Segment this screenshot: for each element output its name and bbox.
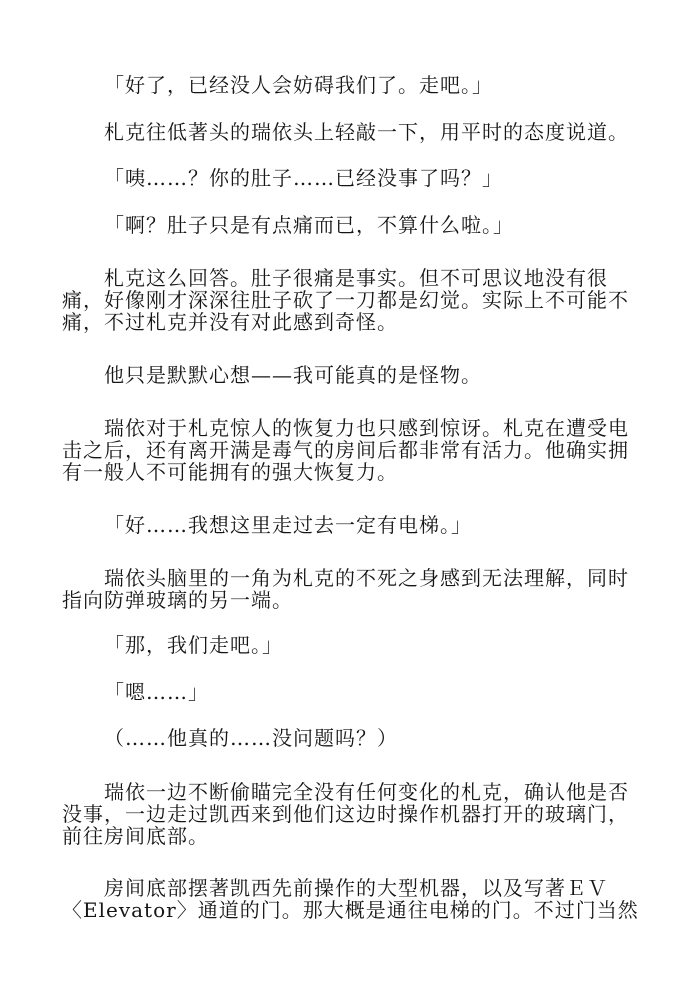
text-line: 瑞依头脑里的一角为札克的不死之身感到无法理解，同时 (62, 567, 662, 589)
text-line: 札克这么回答。肚子很痛是事实。但不可思议地没有很 (62, 267, 662, 289)
text-line: 前往房间底部。 (62, 825, 662, 847)
text-line: 〈Elevator〉通道的门。那大概是通往电梯的门。不过门当然 (62, 899, 662, 921)
text-line: 「嗯……」 (62, 681, 662, 703)
text-line: 痛，不过札克并没有对此感到奇怪。 (62, 311, 662, 333)
text-line: 他只是默默心想——我可能真的是怪物。 (62, 364, 662, 386)
narration-paragraph: 札克这么回答。肚子很痛是事实。但不可思议地没有很 痛，好像刚才深深往肚子砍了一刀… (62, 267, 662, 333)
thought-paragraph: （……他真的……没问题吗？） (62, 727, 662, 749)
text-line: 札克往低著头的瑞依头上轻敲一下，用平时的态度说道。 (62, 121, 662, 143)
text-line: （……他真的……没问题吗？） (62, 727, 662, 749)
text-line: 瑞依一边不断偷瞄完全没有任何变化的札克，确认他是否 (62, 781, 662, 803)
text-line: 瑞依对于札克惊人的恢复力也只感到惊讶。札克在遭受电 (62, 417, 662, 439)
text-line: 击之后，还有离开满是毒气的房间后都非常有活力。他确实拥 (62, 439, 662, 461)
narration-paragraph: 瑞依一边不断偷瞄完全没有任何变化的札克，确认他是否 没事，一边走过凯西来到他们这… (62, 781, 662, 847)
text-line: 痛，好像刚才深深往肚子砍了一刀都是幻觉。实际上不可能不 (62, 289, 662, 311)
text-line: 「咦……？你的肚子……已经没事了吗？」 (62, 167, 662, 189)
text-line: 「那，我们走吧。」 (62, 634, 662, 656)
dialogue-paragraph: 「咦……？你的肚子……已经没事了吗？」 (62, 167, 662, 189)
dialogue-paragraph: 「好……我想这里走过去一定有电梯。」 (62, 514, 662, 536)
dialogue-paragraph: 「那，我们走吧。」 (62, 634, 662, 656)
narration-paragraph: 他只是默默心想——我可能真的是怪物。 (62, 364, 662, 386)
text-line: 「好了，已经没人会妨碍我们了。走吧。」 (62, 74, 662, 96)
text-line: 指向防弹玻璃的另一端。 (62, 589, 662, 611)
text-line: 有一般人不可能拥有的强大恢复力。 (62, 461, 662, 483)
narration-paragraph: 瑞依头脑里的一角为札克的不死之身感到无法理解，同时 指向防弹玻璃的另一端。 (62, 567, 662, 611)
dialogue-paragraph: 「好了，已经没人会妨碍我们了。走吧。」 (62, 74, 662, 96)
text-line: 「啊？肚子只是有点痛而已，不算什么啦。」 (62, 214, 662, 236)
dialogue-paragraph: 「嗯……」 (62, 681, 662, 703)
text-line: 「好……我想这里走过去一定有电梯。」 (62, 514, 662, 536)
text-line: 没事，一边走过凯西来到他们这边时操作机器打开的玻璃门， (62, 803, 662, 825)
book-page: 「好了，已经没人会妨碍我们了。走吧。」 札克往低著头的瑞依头上轻敲一下，用平时的… (0, 0, 700, 992)
dialogue-paragraph: 「啊？肚子只是有点痛而已，不算什么啦。」 (62, 214, 662, 236)
narration-paragraph: 瑞依对于札克惊人的恢复力也只感到惊讶。札克在遭受电 击之后，还有离开满是毒气的房… (62, 417, 662, 483)
narration-paragraph: 札克往低著头的瑞依头上轻敲一下，用平时的态度说道。 (62, 121, 662, 143)
narration-paragraph: 房间底部摆著凯西先前操作的大型机器，以及写著ＥＶ 〈Elevator〉通道的门。… (62, 877, 662, 921)
text-line: 房间底部摆著凯西先前操作的大型机器，以及写著ＥＶ (62, 877, 662, 899)
